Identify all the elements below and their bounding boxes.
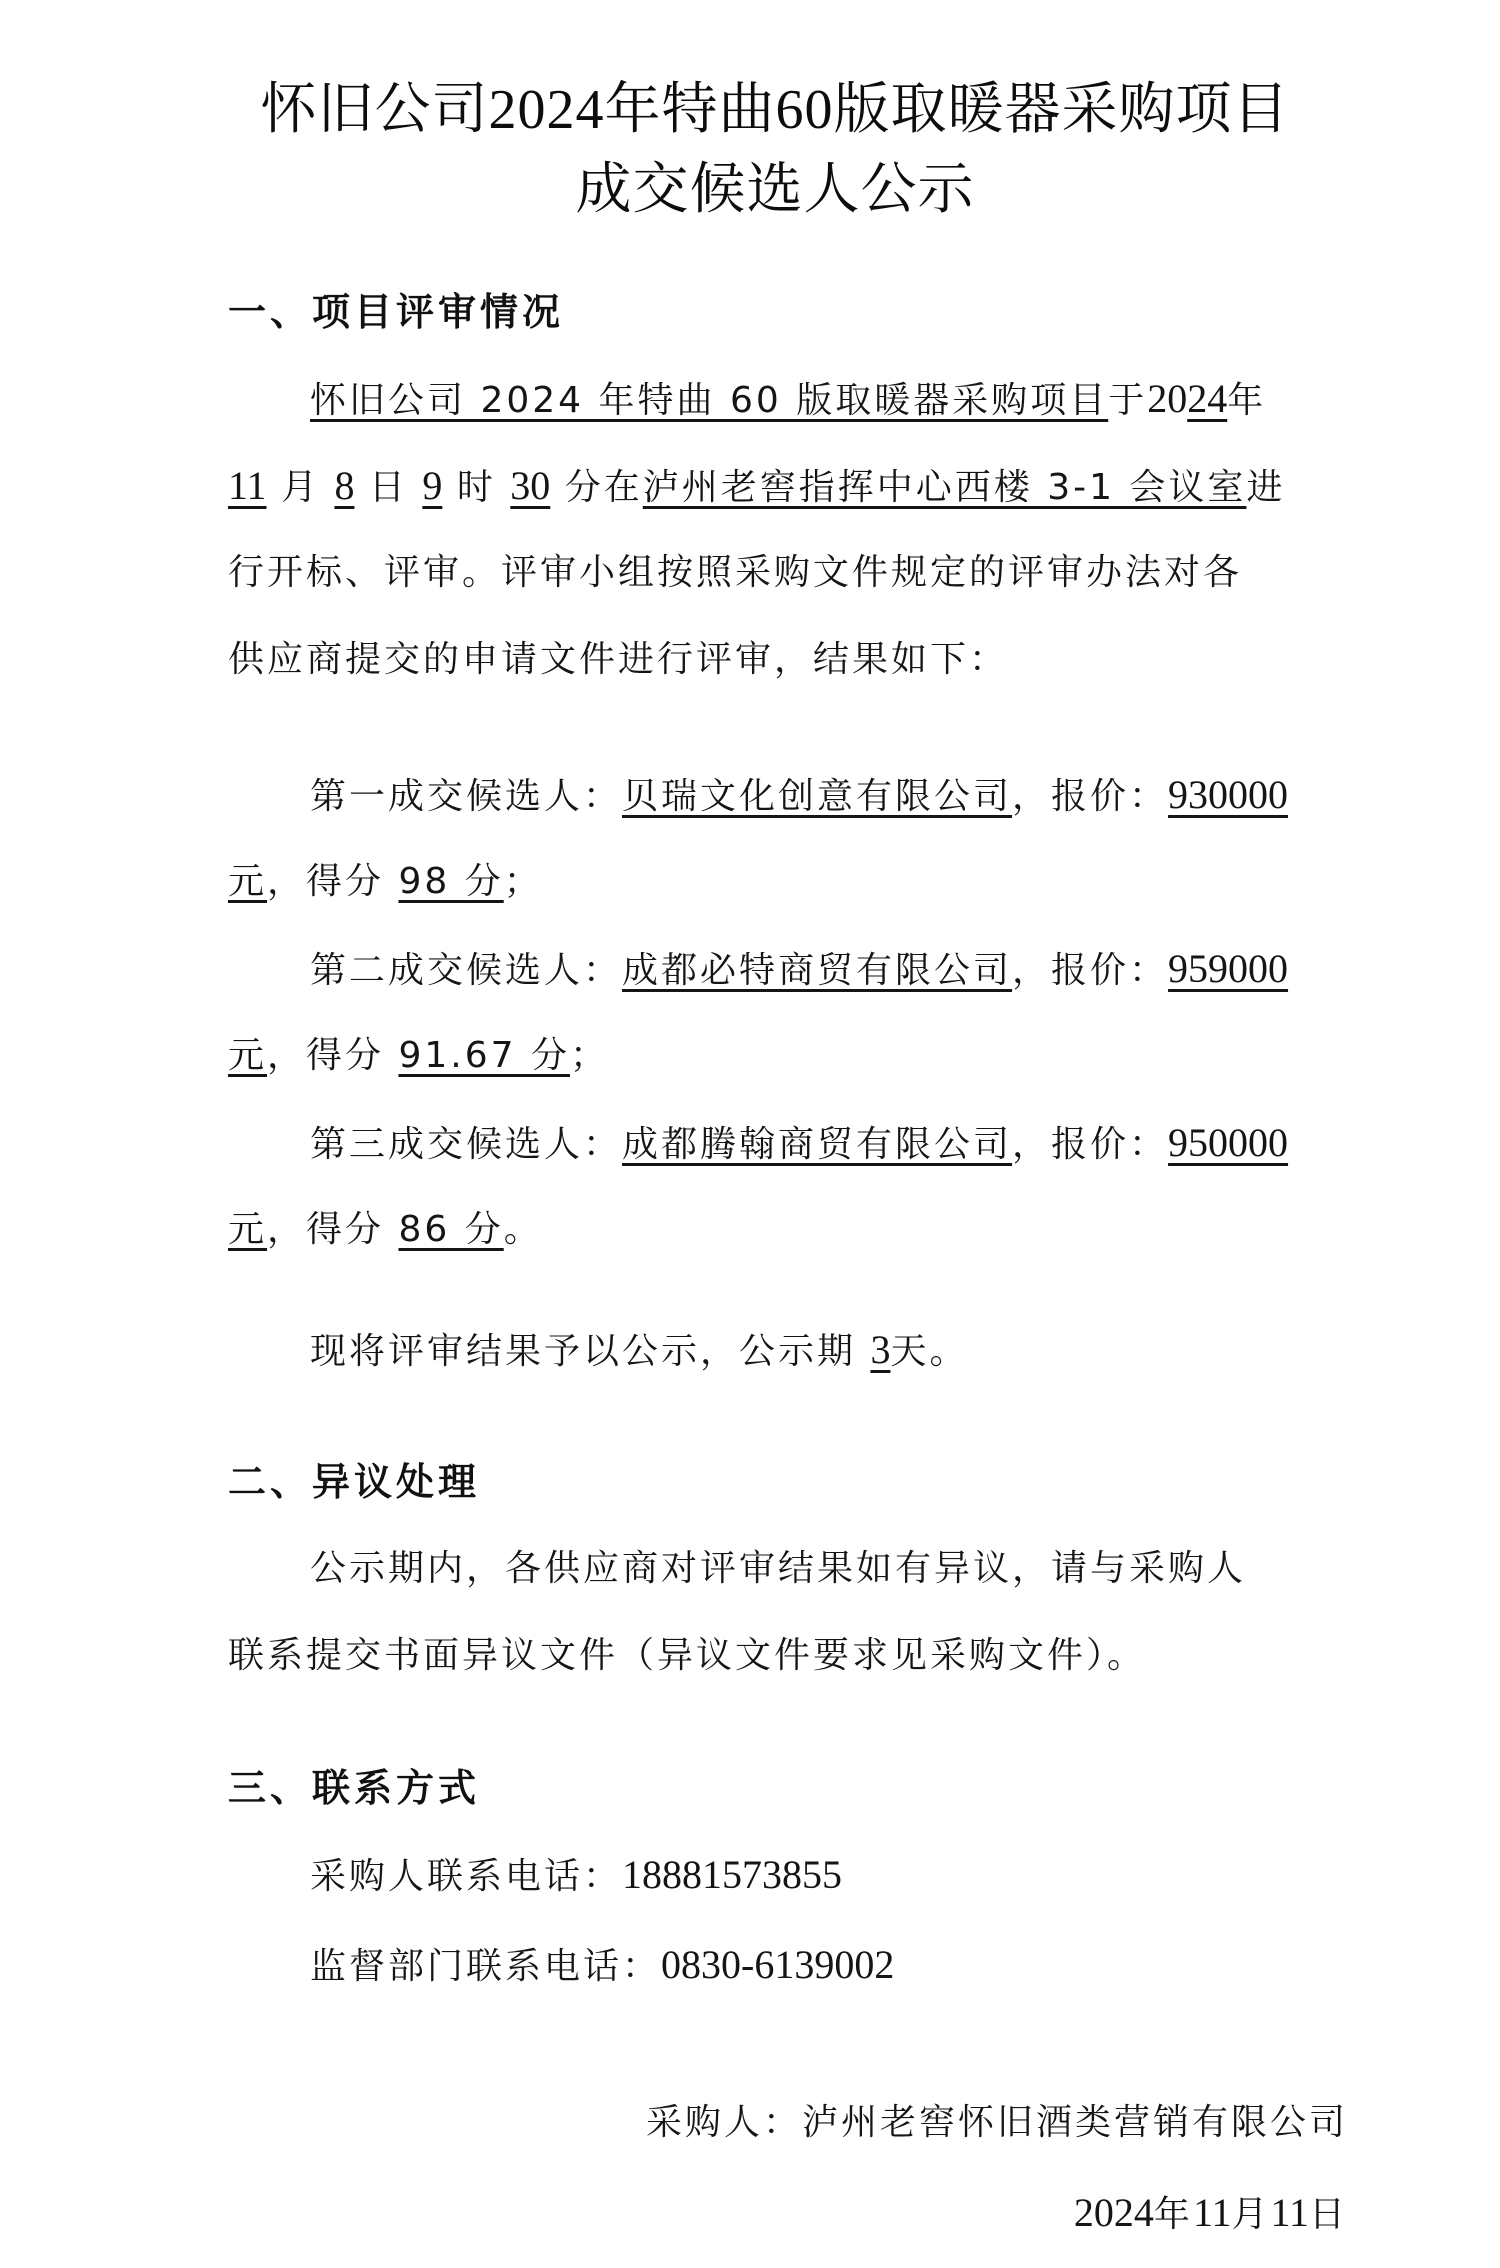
section2-heading: 二、异议处理: [228, 1452, 480, 1512]
minute-value: 30: [510, 463, 550, 508]
candidate-score: 91.67 分: [398, 1035, 570, 1076]
candidate-company: 成都腾翰商贸有限公司: [622, 1124, 1012, 1165]
announcement-page: 怀旧公司2024年特曲60版取暖器采购项目 成交候选人公示 一、项目评审情况 怀…: [0, 0, 1500, 2268]
document-title-line2: 成交候选人公示: [200, 150, 1350, 230]
candidate-company: 贝瑞文化创意有限公司: [622, 776, 1012, 817]
purchaser-phone-row: 采购人联系电话：18881573855: [310, 1845, 1350, 1907]
candidate-2-line2: 元，得分 91.67 分；: [228, 1026, 1348, 1086]
candidate-3-line1: 第三成交候选人：成都腾翰商贸有限公司，报价：950000: [310, 1113, 1350, 1175]
objection-line2: 联系提交书面异议文件（异议文件要求见采购文件）。: [228, 1626, 1348, 1686]
candidate-rank-label: 第二成交候选人：: [310, 950, 622, 991]
intro-line1: 怀旧公司 2024 年特曲 60 版取暖器采购项目于2024年: [310, 369, 1350, 431]
document-title-line1: 怀旧公司2024年特曲60版取暖器采购项目: [200, 70, 1350, 150]
year-underlined: 24: [1187, 376, 1227, 421]
candidate-price: 950000: [1168, 1120, 1288, 1165]
candidate-company: 成都必特商贸有限公司: [622, 950, 1012, 991]
candidate-2-line1: 第二成交候选人：成都必特商贸有限公司，报价：959000: [310, 939, 1350, 1001]
month-value: 11: [228, 463, 267, 508]
objection-line1: 公示期内，各供应商对评审结果如有异议，请与采购人: [310, 1539, 1350, 1599]
candidate-1-line2: 元，得分 98 分；: [228, 852, 1348, 912]
purchaser-phone: 18881573855: [622, 1852, 842, 1897]
intro-line2: 11 月 8 日 9 时 30 分在泸州老窖指挥中心西楼 3-1 会议室进: [228, 456, 1348, 518]
signature-date: 2024年11月11日: [1074, 2183, 1348, 2245]
publicity-days: 3: [870, 1327, 890, 1372]
location-value: 泸州老窖指挥中心西楼 3-1 会议室: [643, 467, 1247, 508]
section3-heading: 三、联系方式: [228, 1758, 480, 1818]
publicity-period: 现将评审结果予以公示，公示期 3天。: [310, 1320, 1350, 1382]
purchaser-name: 泸州老窖怀旧酒类营销有限公司: [802, 2102, 1348, 2143]
intro-line3: 行开标、评审。评审小组按照采购文件规定的评审办法对各: [228, 543, 1348, 603]
candidate-rank-label: 第三成交候选人：: [310, 1124, 622, 1165]
supervisor-phone: 0830-6139002: [661, 1942, 894, 1987]
candidate-price: 959000: [1168, 946, 1288, 991]
candidate-score: 86 分: [398, 1209, 503, 1250]
day-value: 8: [334, 463, 354, 508]
candidate-1-line1: 第一成交候选人：贝瑞文化创意有限公司，报价：930000: [310, 765, 1350, 827]
hour-value: 9: [422, 463, 442, 508]
signature-purchaser: 采购人：泸州老窖怀旧酒类营销有限公司: [646, 2093, 1348, 2153]
candidate-rank-label: 第一成交候选人：: [310, 776, 622, 817]
candidate-3-line2: 元，得分 86 分。: [228, 1200, 1348, 1260]
supervisor-phone-row: 监督部门联系电话：0830-6139002: [310, 1935, 1350, 1997]
candidate-score: 98 分: [398, 861, 503, 902]
intro-line4: 供应商提交的申请文件进行评审，结果如下：: [228, 630, 1348, 690]
candidate-price: 930000: [1168, 772, 1288, 817]
section1-heading: 一、项目评审情况: [228, 282, 564, 342]
project-name: 怀旧公司 2024 年特曲 60 版取暖器采购项目: [310, 380, 1108, 421]
